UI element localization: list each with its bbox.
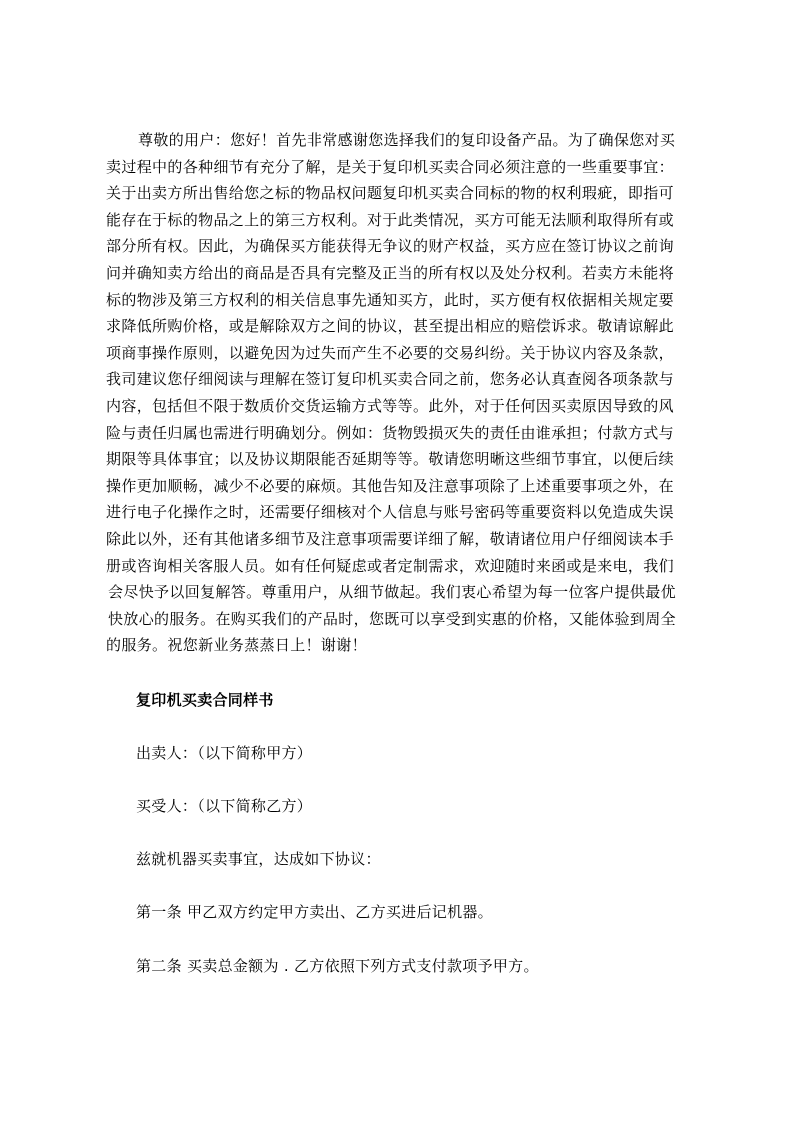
intro-line: 项商事操作原则，以避免因为过失而产生不必要的交易纠纷。关于协议内容及条款， xyxy=(106,340,698,367)
intro-line: 卖过程中的各种细节有充分了解，是关于复印机买卖合同必须注意的一些重要事宜： xyxy=(106,154,698,181)
intro-line: 能存在于标的物品之上的第三方权利。对于此类情况，买方可能无法顺利取得所有或 xyxy=(106,207,698,234)
intro-line: 问并确知卖方给出的商品是否具有完整及正当的所有权以及处分权利。若卖方未能将 xyxy=(106,260,698,287)
contract-title: 复印机买卖合同样书 xyxy=(136,690,274,710)
intro-line: 部分所有权。因此，为确保买方能获得无争议的财产权益，买方应在签订协议之前询 xyxy=(106,233,698,260)
intro-line: 期限等具体事宜；以及协议期限能否延期等等。敬请您明晰这些细节事宜，以便后续 xyxy=(106,446,698,473)
preamble-line: 兹就机器买卖事宜，达成如下协议： xyxy=(136,849,381,869)
intro-line: 我司建议您仔细阅读与理解在签订复印机买卖合同之前，您务必认真查阅各项条款与 xyxy=(106,366,698,393)
intro-line: 求降低所购价格，或是解除双方之间的协议，甚至提出相应的赔偿诉求。敬请谅解此 xyxy=(106,313,698,340)
intro-line: 进行电子化操作之时，还需要仔细核对个人信息与账号密码等重要资料以免造成失误 xyxy=(106,499,698,526)
article-2: 第二条 买卖总金额为 . 乙方依照下列方式支付款项予甲方。 xyxy=(136,956,539,976)
intro-line: 操作更加顺畅，减少不必要的麻烦。其他告知及注意事项除了上述重要事项之外，在 xyxy=(106,473,698,500)
intro-line: 险与责任归属也需进行明确划分。例如：货物毁损灭失的责任由谁承担；付款方式与 xyxy=(106,420,698,447)
intro-line: 标的物涉及第三方权利的相关信息事先通知买方，此时，买方便有权依据相关规定要 xyxy=(106,287,698,314)
intro-line: 快放心的服务。在购买我们的产品时，您既可以享受到实惠的价格，又能体验到周全 xyxy=(106,606,698,633)
article-1: 第一条 甲乙双方约定甲方卖出、乙方买进后记机器。 xyxy=(136,902,493,922)
intro-line: 会尽快予以回复解答。尊重用户，从细节做起。我们衷心希望为每一位客户提供最优 xyxy=(106,579,698,606)
intro-paragraph: 尊敬的用户：您好！首先非常感谢您选择我们的复印设备产品。为了确保您对买 卖过程中… xyxy=(106,127,698,659)
seller-line: 出卖人：（以下简称甲方） xyxy=(136,743,312,763)
intro-line: 的服务。祝您新业务蒸蒸日上！谢谢！ xyxy=(106,632,698,659)
intro-line: 除此以外，还有其他诸多细节及注意事项需要详细了解，敬请诸位用户仔细阅读本手 xyxy=(106,526,698,553)
intro-line: 册或咨询相关客服人员。如有任何疑虑或者定制需求，欢迎随时来函或是来电，我们 xyxy=(106,553,698,580)
intro-line: 尊敬的用户：您好！首先非常感谢您选择我们的复印设备产品。为了确保您对买 xyxy=(106,127,698,154)
document-page: 尊敬的用户：您好！首先非常感谢您选择我们的复印设备产品。为了确保您对买 卖过程中… xyxy=(0,0,793,1122)
intro-line: 内容，包括但不限于数质价交货运输方式等等。此外，对于任何因买卖原因导致的风 xyxy=(106,393,698,420)
buyer-line: 买受人：（以下简称乙方） xyxy=(136,796,312,816)
intro-line: 关于出卖方所出售给您之标的物品权问题复印机买卖合同标的物的权利瑕疵，即指可 xyxy=(106,180,698,207)
